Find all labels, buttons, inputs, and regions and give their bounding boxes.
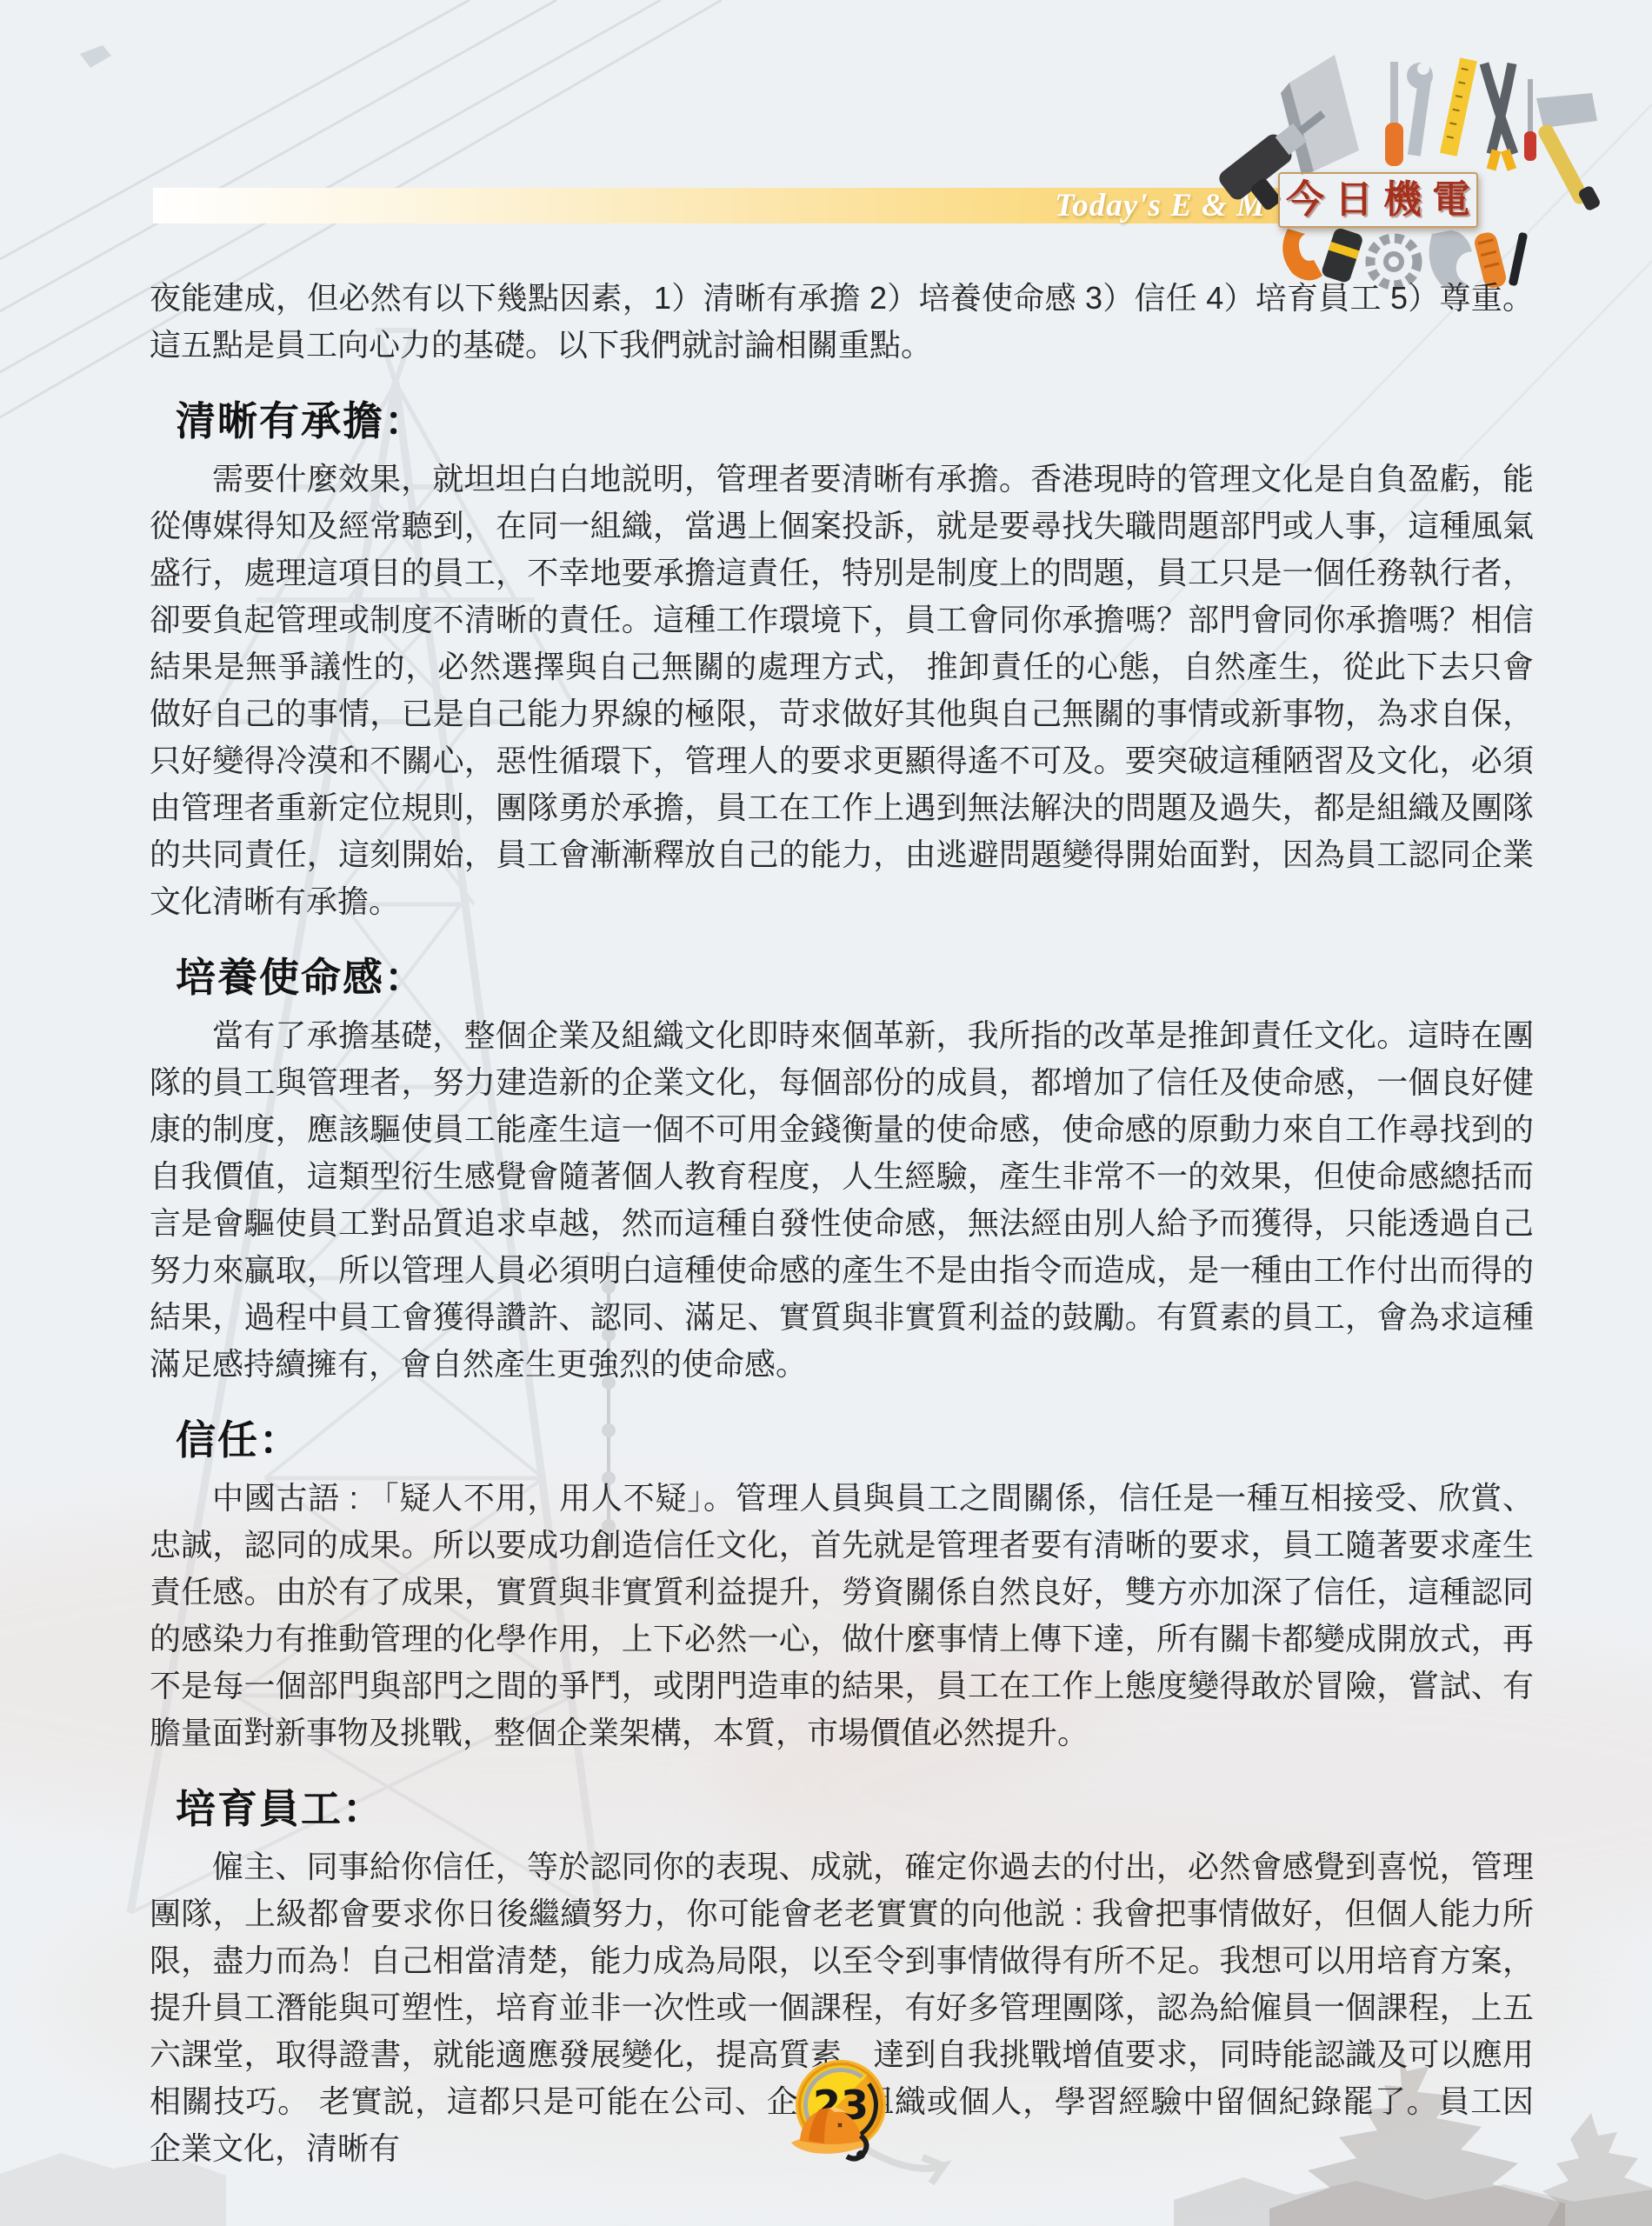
wrench-icon xyxy=(1407,63,1433,157)
pliers-icon xyxy=(1484,63,1514,170)
section-heading-commitment: 清晰有承擔： xyxy=(150,400,1534,443)
helmet-icon xyxy=(786,2094,883,2162)
small-screwdriver-icon xyxy=(1524,79,1536,161)
screwdriver-icon xyxy=(1385,62,1403,166)
logo-text: 今日機電 xyxy=(1276,181,1481,219)
powerline-fitting xyxy=(80,45,111,68)
section-paragraph-trust: 中國古語 : 「疑人不用，用人不疑」。管理人員與員工之間關係，信任是一種互相接受… xyxy=(150,1475,1534,1756)
ruler-icon xyxy=(1440,57,1477,157)
header-gold-bar: Today's E & M xyxy=(153,188,1278,223)
intro-paragraph: 夜能建成，但必然有以下幾點因素，1）清晰有承擔 2）培養使命感 3）信任 4）培… xyxy=(150,275,1534,369)
section-paragraph-mission: 當有了承擔基礎，整個企業及組織文化即時來個革新，我所指的改革是推卸責任文化。這時… xyxy=(150,1012,1534,1388)
clamp-icon xyxy=(1282,229,1322,281)
section-heading-development: 培育員工： xyxy=(150,1788,1534,1831)
section-heading-trust: 信任： xyxy=(150,1419,1534,1463)
section-heading-mission: 培養使命感： xyxy=(150,956,1534,1000)
page-number-badge: 23 xyxy=(786,2059,899,2163)
logo-today-em: 今日機電 xyxy=(1204,48,1613,304)
article-content: 夜能建成，但必然有以下幾點因素，1）清晰有承擔 2）培養使命感 3）信任 4）培… xyxy=(150,275,1534,2172)
hammer-icon xyxy=(1536,93,1602,212)
magazine-page: Today's E & M xyxy=(0,0,1652,2226)
logo-plaque: 今日機電 xyxy=(1278,172,1478,228)
section-paragraph-commitment: 需要什麼效果，就坦坦白白地説明，管理者要清晰有承擔。香港現時的管理文化是自負盈虧… xyxy=(150,456,1534,925)
